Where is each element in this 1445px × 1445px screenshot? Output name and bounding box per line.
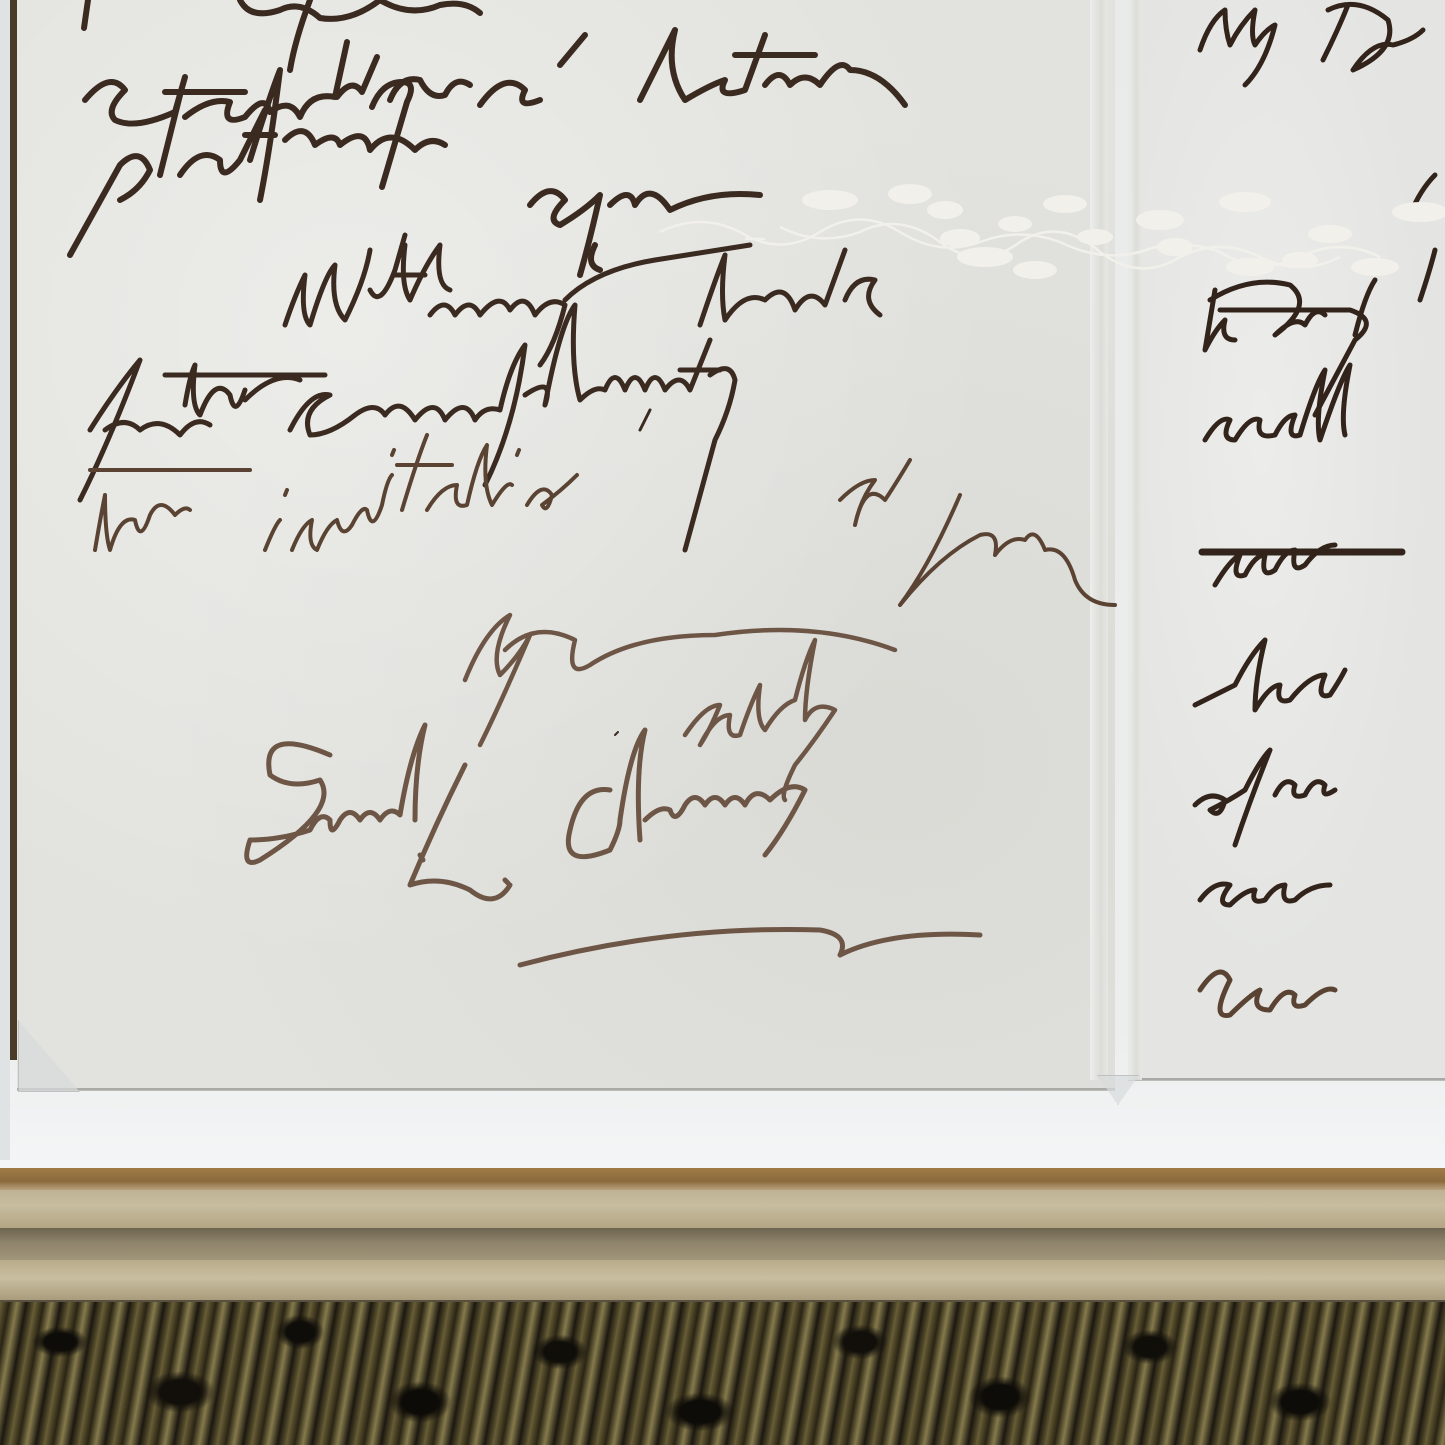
frame-pearl-vine-ornament (0, 142, 1445, 285)
frame-gilt-bead (0, 1190, 1445, 1228)
frame-inner-lip (0, 1168, 1445, 1190)
frame-groove (0, 1228, 1445, 1260)
framed-letter-photo: ... and feel standing on a lecture platf… (0, 0, 1445, 1445)
picture-frame (0, 1160, 1445, 1445)
frame-gilt-round (0, 1260, 1445, 1302)
frame-ornamental-band (0, 1302, 1445, 1445)
